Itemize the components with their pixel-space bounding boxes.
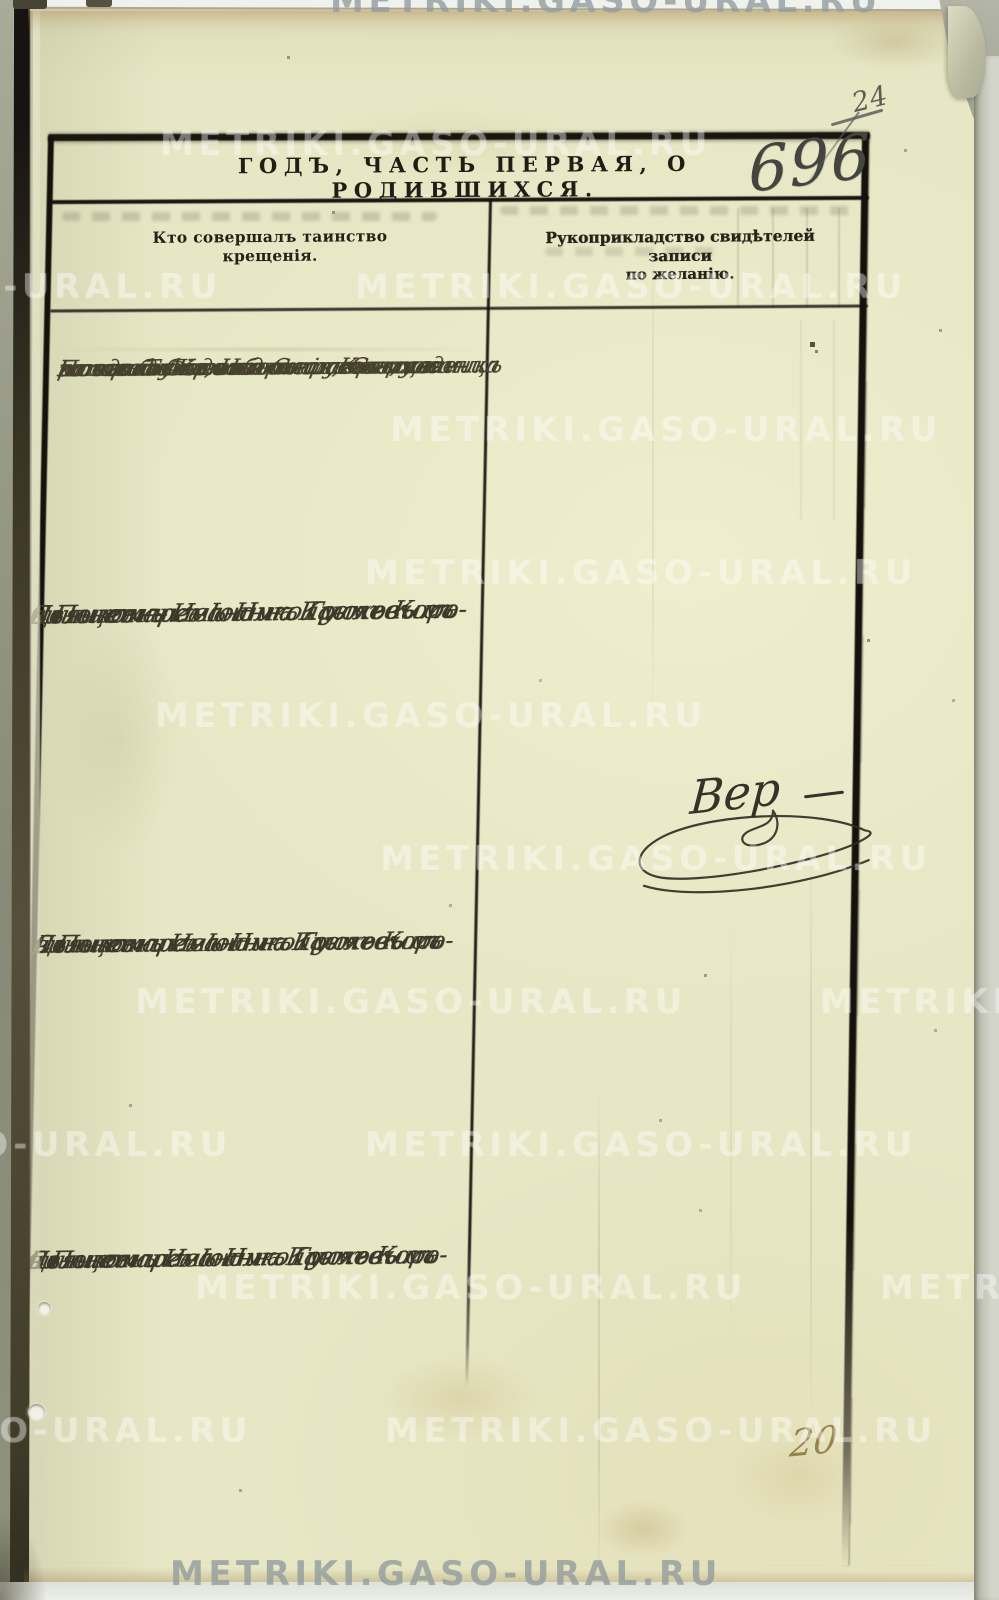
showthrough-text-smudge	[500, 206, 855, 215]
showthrough-column-line	[833, 320, 835, 520]
handwritten-sheet-count: 20	[788, 1417, 839, 1466]
entry-line: Іоаннъ Гуляевъ.	[55, 352, 253, 385]
scanned-metric-book-page: ГОДЪ, ЧАСТЬ ПЕРВАЯ, О РОДИВШИХСЯ. Кто со…	[0, 0, 999, 1600]
punch-hole	[28, 1404, 45, 1420]
entry-line: винымъ —	[27, 596, 172, 634]
paper-stain	[595, 1500, 690, 1558]
punch-hole	[38, 1302, 51, 1315]
column-header-witnesses-line1: Рукоприкладство свидѣтелей записи	[520, 226, 840, 267]
paper-fold-line	[810, 830, 812, 1430]
paper-fold-line	[652, 205, 654, 735]
binding-clip	[86, 0, 112, 7]
paper-fold-line	[730, 920, 732, 1340]
column-header-officiant: Кто совершалъ таинство крещенія.	[115, 226, 425, 266]
underlying-page-edge	[30, 4, 40, 1596]
entry-line: винымъ.	[31, 927, 146, 961]
aged-paper-top-edge	[28, 7, 980, 36]
column-header-witnesses-line2: по желанію.	[560, 264, 800, 284]
paper-stain	[52, 620, 182, 860]
page-title: ГОДЪ, ЧАСТЬ ПЕРВАЯ, О РОДИВШИХСЯ.	[130, 150, 800, 204]
paper-fold-line	[598, 1080, 600, 1595]
binding-clip	[13, 0, 47, 9]
entry-line: винымъ.	[25, 1242, 140, 1278]
handwritten-entry-number: 696	[748, 118, 873, 207]
scan-background-right	[974, 56, 999, 1600]
scan-background-bottom	[0, 1582, 999, 1600]
paper-stain	[380, 1355, 540, 1440]
showthrough-text-smudge	[62, 212, 437, 221]
showthrough-column-line	[800, 320, 802, 520]
signature-flourish	[623, 801, 887, 907]
bottom-left-shadow	[0, 1515, 46, 1600]
